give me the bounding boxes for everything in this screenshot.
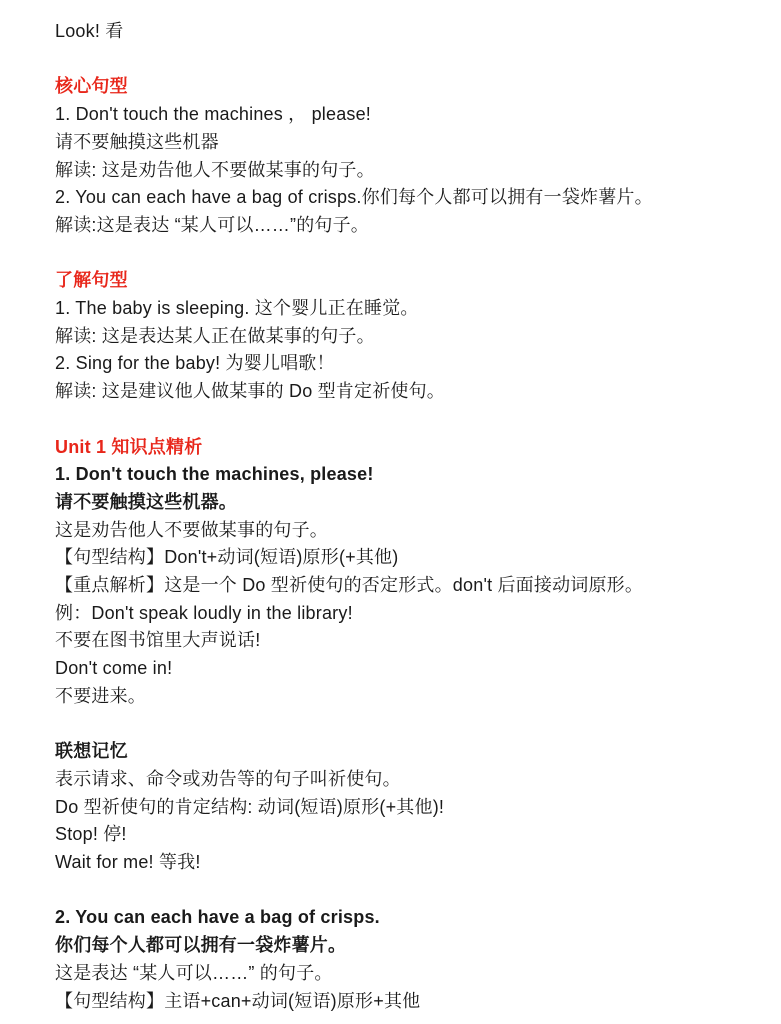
text-line: 解读: 这是劝告他人不要做某事的句子。 [55,157,741,185]
text-line: 表示请求、命令或劝告等的句子叫祈使句。 [55,766,741,794]
text-line: 不要进来。 [55,683,741,711]
text-line: 【句型结构】主语+can+动词(短语)原形+其他 [55,988,741,1016]
blank-line [55,406,741,434]
text-line: 请不要触摸这些机器 [55,129,741,157]
section-heading: 了解句型 [55,267,741,295]
text-line: 不要在图书馆里大声说话! [55,627,741,655]
text-line: 2. Sing for the baby! 为婴儿唱歌！ [55,350,741,378]
text-line: 1. The baby is sleeping. 这个婴儿正在睡觉。 [55,295,741,323]
text-line: Don't come in! [55,655,741,683]
text-line: 例：Don't speak loudly in the library! [55,600,741,628]
text-line: 【重点解析】这是一个 Do 型祈使句的否定形式。don't 后面接动词原形。 [55,572,741,600]
blank-line [55,46,741,74]
section-heading: Unit 1 知识点精析 [55,434,741,462]
section-heading: 核心句型 [55,73,741,101]
text-line: 联想记忆 [55,738,741,766]
text-line: Stop! 停! [55,821,741,849]
blank-line [55,711,741,739]
text-line: Do 型祈使句的肯定结构: 动词(短语)原形(+其他)! [55,794,741,822]
text-line: 解读: 这是建议他人做某事的 Do 型肯定祈使句。 [55,378,741,406]
text-line: 2. You can each have a bag of crisps.你们每… [55,184,741,212]
text-line: 1. Don't touch the machines, please! [55,461,741,489]
document-page: Look! 看核心句型1. Don't touch the machines ，… [0,0,781,1024]
text-line: 解读:这是表达 “某人可以……”的句子。 [55,212,741,240]
text-line: 【句型结构】Don't+动词(短语)原形(+其他) [55,544,741,572]
text-line: 请不要触摸这些机器。 [55,489,741,517]
text-line: 这是劝告他人不要做某事的句子。 [55,517,741,545]
text-line: 解读: 这是表达某人正在做某事的句子。 [55,323,741,351]
text-line: 2. You can each have a bag of crisps. [55,904,741,932]
text-line: Look! 看 [55,18,741,46]
blank-line [55,877,741,905]
document-body: Look! 看核心句型1. Don't touch the machines ，… [55,18,741,1015]
text-line: 你们每个人都可以拥有一袋炸薯片。 [55,932,741,960]
text-line: 1. Don't touch the machines ， please! [55,101,741,129]
text-line: 这是表达 “某人可以……” 的句子。 [55,960,741,988]
text-line: Wait for me! 等我! [55,849,741,877]
blank-line [55,240,741,268]
